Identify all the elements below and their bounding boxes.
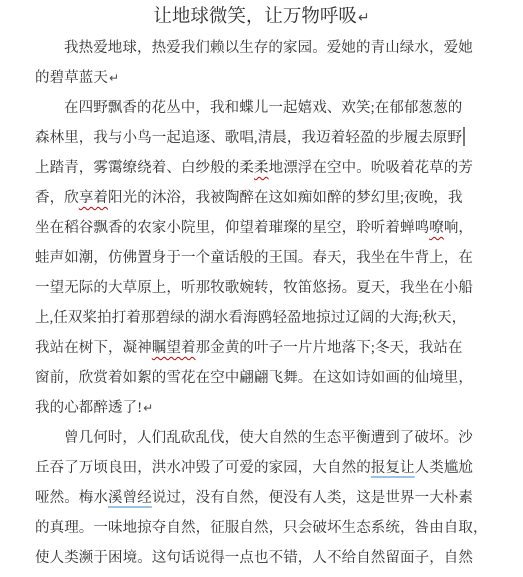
text-line[interactable]: 坐在稻谷飘香的农家小院里，仰望着璀璨的星空，聆听着蝉鸣嘹响， xyxy=(35,213,491,243)
text-line[interactable]: 我热爱地球，热爱我们赖以生存的家园。爱她的青山绿水，爱她 xyxy=(35,33,491,63)
text-run: 坐在稻谷飘香的农家小院里，仰望着璀璨的星空，聆听着蝉鸣 xyxy=(35,220,429,236)
paragraph: 我热爱地球，热爱我们赖以生存的家园。爱她的青山绿水，爱她的碧草蓝天↵ xyxy=(35,33,491,93)
text-line[interactable]: 丘吞了万顷良田，洪水冲毁了可爱的家园，大自然的报复让人类尴尬 xyxy=(35,453,491,483)
text-run: 我站在树下，凝神 xyxy=(35,340,152,356)
spelling-error-text: 享着 xyxy=(79,190,108,206)
text-line[interactable]: 使人类濒于困境。这句话说得一点也不错，人不给自然留面子，自然 xyxy=(35,543,491,573)
text-run: 地漂浮在空中。吮吸着花草的芳 xyxy=(269,160,473,176)
text-line[interactable]: 在四野飘香的花丛中，我和蝶儿一起嬉戏、欢笑;在郁郁葱葱的 xyxy=(35,93,491,123)
text-line[interactable]: 森林里，我与小鸟一起追逐、歌唱,清晨，我迈着轻盈的步履去原野 xyxy=(35,123,491,153)
text-run: 蛙声如潮，仿佛置身于一个童话般的王国。春天，我坐在牛背上，在 xyxy=(35,250,473,266)
text-line[interactable]: 上,任双桨拍打着那碧绿的湖水看海鸥轻盈地掠过辽阔的大海;秋天， xyxy=(35,303,491,333)
text-run: 那金黄的叶子一片片地落下;冬天，我站在 xyxy=(196,340,463,356)
document-title[interactable]: 让地球微笑，让万物呼吸↵ xyxy=(0,2,523,33)
text-line[interactable]: 我站在树下，凝神瞩望着那金黄的叶子一片片地落下;冬天，我站在 xyxy=(35,333,491,363)
text-run: 窗前，欣赏着如絮的雪花在空中翩翩飞舞。在这如诗如画的仙境里， xyxy=(35,370,473,386)
text-line[interactable]: 哑然。梅水溪曾经说过，没有自然，便没有人类，这是世界一大朴素 xyxy=(35,483,491,513)
text-run: 上,任双桨拍打着那碧绿的湖水看海鸥轻盈地掠过辽阔的大海;秋天， xyxy=(35,310,466,326)
text-run: 响， xyxy=(444,220,473,236)
text-line[interactable]: 窗前，欣赏着如絮的雪花在空中翩翩飞舞。在这如诗如画的仙境里， xyxy=(35,363,491,393)
grammar-flag-text: 溪曾经 xyxy=(108,490,152,506)
text-cursor xyxy=(463,127,465,146)
text-run: 的碧草蓝天 xyxy=(35,70,108,86)
text-line[interactable]: 蛙声如潮，仿佛置身于一个童话般的王国。春天，我坐在牛背上，在 xyxy=(35,243,491,273)
paragraph-mark-icon: ↵ xyxy=(358,10,370,26)
title-text: 让地球微笑，让万物呼吸 xyxy=(153,7,357,27)
paragraph: 在四野飘香的花丛中，我和蝶儿一起嬉戏、欢笑;在郁郁葱葱的森林里，我与小鸟一起追逐… xyxy=(35,93,491,423)
text-run: 人类尴尬 xyxy=(415,460,473,476)
paragraph: 曾几何时，人们乱砍乱伐，使大自然的生态平衡遭到了破坏。沙丘吞了万顷良田，洪水冲毁… xyxy=(35,423,491,573)
text-line[interactable]: 香，欣享着阳光的沐浴，我被陶醉在这如痴如醉的梦幻里;夜晚，我 xyxy=(35,183,491,213)
text-run: 我热爱地球，热爱我们赖以生存的家园。爱她的青山绿水，爱她 xyxy=(64,40,473,56)
document-page[interactable]: 让地球微笑，让万物呼吸↵ 我热爱地球，热爱我们赖以生存的家园。爱她的青山绿水，爱… xyxy=(0,0,523,577)
text-run: 丘吞了万顷良田，洪水冲毁了可爱的家园，大自然的 xyxy=(35,460,371,476)
spelling-error-text: 瞩望着 xyxy=(152,340,196,356)
text-line[interactable]: 的碧草蓝天↵ xyxy=(35,63,491,93)
text-run: 森林里，我与小鸟一起追逐、歌唱,清晨，我迈着轻盈的步履去原野 xyxy=(35,130,462,146)
text-run: 上踏青，雾霭缭绕着、白纱般的柔 xyxy=(35,160,254,176)
text-run: 我的心都醉透了! xyxy=(35,400,142,416)
text-line[interactable]: 的真理。一味地掠夺自然，征服自然，只会破坏生态系统，咎由自取， xyxy=(35,513,491,543)
text-run: 阳光的沐浴，我被陶醉在这如痴如醉的梦幻里;夜晚，我 xyxy=(108,190,463,206)
text-run: 在四野飘香的花丛中，我和蝶儿一起嬉戏、欢笑;在郁郁葱葱的 xyxy=(64,100,462,116)
text-line[interactable]: 我的心都醉透了!↵ xyxy=(35,393,491,423)
paragraph-mark-icon: ↵ xyxy=(109,71,119,85)
text-run: 使人类濒于困境。这句话说得一点也不错，人不给自然留面子，自然 xyxy=(35,550,473,566)
spelling-error-text: 柔 xyxy=(254,160,269,176)
document-body[interactable]: 我热爱地球，热爱我们赖以生存的家园。爱她的青山绿水，爱她的碧草蓝天↵在四野飘香的… xyxy=(0,33,523,573)
text-run: 的真理。一味地掠夺自然，征服自然，只会破坏生态系统，咎由自取， xyxy=(35,520,488,536)
paragraph-mark-icon: ↵ xyxy=(143,401,153,415)
text-run: 香，欣 xyxy=(35,190,79,206)
text-run: 一望无际的大草原上，听那牧歌婉转，牧笛悠扬。夏天，我坐在小船 xyxy=(35,280,473,296)
grammar-flag-text: 报复让 xyxy=(371,460,415,476)
text-line[interactable]: 曾几何时，人们乱砍乱伐，使大自然的生态平衡遭到了破坏。沙 xyxy=(35,423,491,453)
text-line[interactable]: 一望无际的大草原上，听那牧歌婉转，牧笛悠扬。夏天，我坐在小船 xyxy=(35,273,491,303)
text-line[interactable]: 上踏青，雾霭缭绕着、白纱般的柔柔地漂浮在空中。吮吸着花草的芳 xyxy=(35,153,491,183)
text-run: 哑然。梅水 xyxy=(35,490,108,506)
spelling-error-text: 嘹 xyxy=(429,220,444,236)
text-run: 说过，没有自然，便没有人类，这是世界一大朴素 xyxy=(152,490,473,506)
text-run: 曾几何时，人们乱砍乱伐，使大自然的生态平衡遭到了破坏。沙 xyxy=(64,430,473,446)
